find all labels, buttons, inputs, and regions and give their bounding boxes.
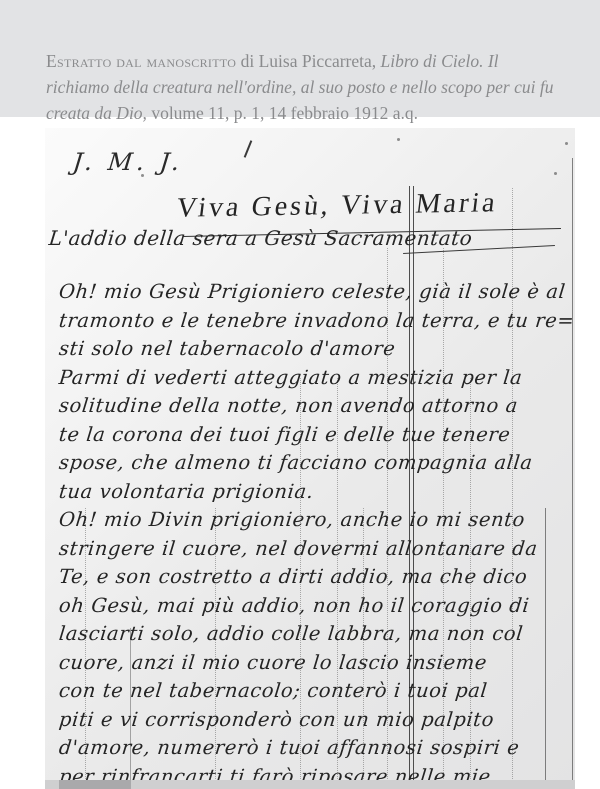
caption-author: di Luisa Piccarreta, xyxy=(236,51,380,71)
caption-band: Estratto dal manoscritto di Luisa Piccar… xyxy=(0,0,600,117)
manuscript-line: Oh! mio Divin prigioniero, anche io mi s… xyxy=(58,506,569,535)
manuscript-scan: J. M. J. Viva Gesù, Viva Maria L'addio d… xyxy=(45,128,575,789)
manuscript-line: Parmi di vederti atteggiato a mestizia p… xyxy=(58,364,569,393)
heading-viva: Viva Gesù, Viva Maria xyxy=(175,187,500,225)
ink-speck xyxy=(397,138,400,141)
caption: Estratto dal manoscritto di Luisa Piccar… xyxy=(46,48,554,126)
manuscript-line: sti solo nel tabernacolo d'amore xyxy=(58,335,569,364)
subheading-addio: L'addio della sera a Gesù Sacramentato xyxy=(48,226,474,250)
pen-stroke xyxy=(244,140,253,157)
manuscript-line: oh Gesù, mai più addio, non ho il coragg… xyxy=(58,592,569,621)
manuscript-line: tua volontaria prigionia. xyxy=(58,478,569,507)
manuscript-line: tramonto e le tenebre invadono la terra,… xyxy=(58,307,569,336)
manuscript-line: stringere il cuore, nel dovermi allontan… xyxy=(58,535,569,564)
manuscript-line: Oh! mio Gesù Prigioniero celeste, già il… xyxy=(58,278,569,307)
manuscript-line: cuore, anzi il mio cuore lo lascio insie… xyxy=(58,649,569,678)
manuscript-body: Oh! mio Gesù Prigioniero celeste, già il… xyxy=(59,278,567,789)
caption-reference: volume 11, p. 1, 14 febbraio 1912 a.q. xyxy=(147,103,418,123)
manuscript-line: d'amore, numererò i tuoi affannosi sospi… xyxy=(58,734,569,763)
ink-speck xyxy=(565,142,568,145)
scan-bottom-shadow xyxy=(59,780,131,789)
manuscript-line: solitudine della notte, non avendo attor… xyxy=(58,392,569,421)
manuscript-line: te la corona dei tuoi figli e delle tue … xyxy=(58,421,569,450)
manuscript-line: lasciarti solo, addio colle labbra, ma n… xyxy=(58,620,569,649)
ruled-line xyxy=(572,158,573,789)
manuscript-line: spose, che almeno ti facciano compagnia … xyxy=(58,449,569,478)
manuscript-line: con te nel tabernacolo; conterò i tuoi p… xyxy=(58,677,569,706)
manuscript-line: Te, e son costretto a dirti addio, ma ch… xyxy=(58,563,569,592)
ink-speck xyxy=(554,172,557,175)
manuscript-line: piti e vi corrisponderò con un mio palpi… xyxy=(58,706,569,735)
caption-lead: Estratto dal manoscritto xyxy=(46,51,236,71)
book-page: { "caption": { "lead_smallcaps": "Estrat… xyxy=(0,0,600,789)
monogram-jmj: J. M. J. xyxy=(72,148,185,176)
